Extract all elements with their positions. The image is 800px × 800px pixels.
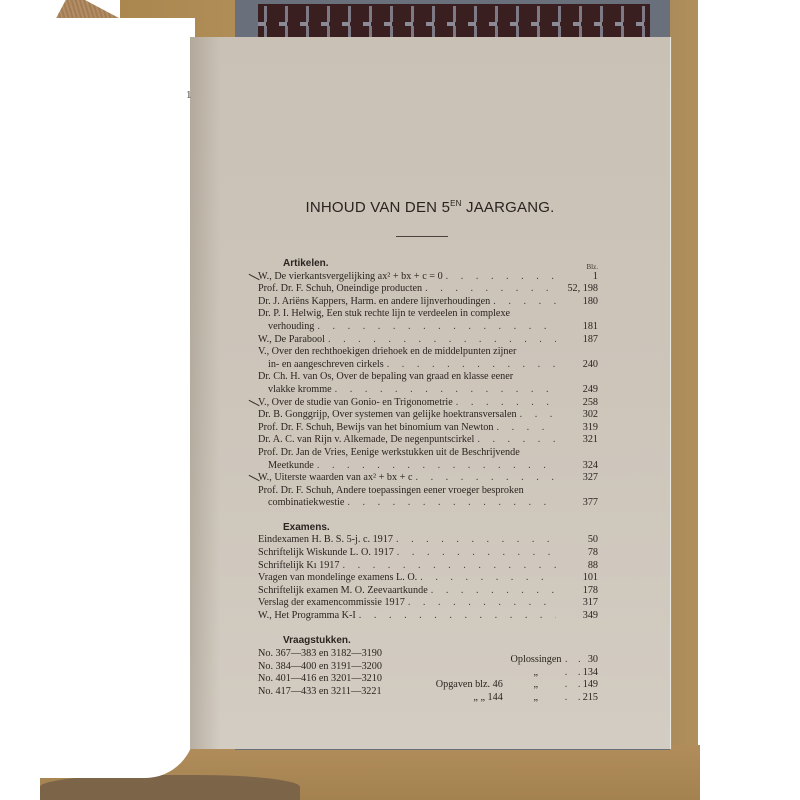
- range-text: No. 367—383 en 3182—3190: [258, 648, 408, 661]
- dot-leader: . .: [565, 679, 583, 692]
- dot-leader: [493, 422, 556, 435]
- dot-leader: [453, 397, 556, 410]
- toc-entry-line: W., Uiterste waarden van ax² + bx + c327: [258, 472, 598, 485]
- dot-leader: [443, 271, 556, 284]
- book-shadow: [40, 775, 300, 800]
- opgaven-ref: Opgaven blz. 46: [408, 679, 507, 692]
- entry-text: Dr. Ch. H. van Os, Over de bepaling van …: [258, 371, 513, 384]
- entry-page-number: 149: [583, 679, 598, 692]
- entry-text: Dr. J. Ariëns Kappers, Harm. en andere l…: [258, 296, 490, 309]
- opgaven-ref: [408, 667, 507, 680]
- flyleaf-page: [0, 18, 195, 778]
- vraagstukken-table: No. 367—383 en 3182—3190No. 384—400 en 3…: [258, 648, 598, 698]
- dot-leader: [394, 547, 556, 560]
- opgaven-ref: „ „ 144: [408, 692, 507, 705]
- title-divider: [396, 236, 448, 237]
- entry-page-number: 52, 198: [556, 283, 598, 296]
- entry-text: Dr. B. Gonggrijp, Over systemen van geli…: [258, 409, 517, 422]
- entry-page-number: 302: [556, 409, 598, 422]
- entry-text: W., De Parabool: [258, 334, 325, 347]
- entry-page-number: 50: [556, 534, 598, 547]
- toc-entry-line: Prof. Dr. F. Schuh, Andere toepassingen …: [258, 485, 598, 498]
- entry-page-number: 88: [556, 560, 598, 573]
- dot-leader: [474, 434, 556, 447]
- dot-leader: [314, 321, 556, 334]
- entry-page-number: 101: [556, 572, 598, 585]
- toc-entry-line: Dr. P. I. Helwig, Een stuk rechte lijn t…: [258, 308, 598, 321]
- gutter-shadow: [190, 37, 220, 749]
- entry-text: Prof. Dr. F. Schuh, Andere toepassingen …: [258, 485, 524, 498]
- toc-entry-line: V., Over de studie van Gonio- en Trigono…: [258, 397, 598, 410]
- toc-entry-line: verhouding181: [258, 321, 598, 334]
- entry-page-number: 317: [556, 597, 598, 610]
- dot-leader: [412, 472, 556, 485]
- entry-text: verhouding: [258, 321, 314, 334]
- dot-leader: . .: [565, 667, 583, 680]
- entry-page-number: 134: [583, 667, 598, 680]
- dot-leader: [428, 585, 556, 598]
- toc-entry-line: V., Over den rechthoekigen driehoek en d…: [258, 346, 598, 359]
- dot-leader: [384, 359, 556, 372]
- entry-text: Vragen van mondelinge examens L. O.: [258, 572, 417, 585]
- dot-leader: . .: [565, 654, 583, 667]
- page-title: INHOUD VAN DEN 5EN JAARGANG.: [190, 199, 670, 216]
- entry-text: combinatiekwestie: [258, 497, 344, 510]
- toc-entry-line: Dr. Ch. H. van Os, Over de bepaling van …: [258, 371, 598, 384]
- entry-text: Meetkunde: [258, 460, 314, 473]
- entry-text: Schriftelijk Kı 1917: [258, 560, 340, 573]
- toc-entry-line: Schriftelijk Wiskunde L. O. 191778: [258, 547, 598, 560]
- vraagstuk-reference: „ „ 144„. .215: [408, 692, 598, 705]
- entry-text: W., De vierkantsvergelijking ax² + bx + …: [258, 271, 443, 284]
- oplossingen-ref: Oplossingen: [507, 654, 565, 667]
- section-heading-vraagstukken: Vraagstukken.: [258, 635, 598, 648]
- toc-entry-line: Dr. B. Gonggrijp, Over systemen van geli…: [258, 409, 598, 422]
- dot-leader: [405, 597, 556, 610]
- entry-text: Dr. P. I. Helwig, Een stuk rechte lijn t…: [258, 308, 510, 321]
- stray-mark: 1: [186, 89, 192, 101]
- vraagstuk-reference: Oplossingen. .30: [408, 654, 598, 667]
- entry-page-number: 327: [556, 472, 598, 485]
- toc-entry-line: Eindexamen H. B. S. 5-j. c. 191750: [258, 534, 598, 547]
- toc-entry-line: Prof. Dr. F. Schuh, Oneindige producten5…: [258, 283, 598, 296]
- table-of-contents: Artikelen. Blz. W., De vierkantsvergelij…: [258, 256, 598, 699]
- range-text: No. 384—400 en 3191—3200: [258, 661, 408, 674]
- entry-text: Schriftelijk examen M. O. Zeevaartkunde: [258, 585, 428, 598]
- entry-page-number: 240: [556, 359, 598, 372]
- entry-page-number: 319: [556, 422, 598, 435]
- toc-entry-line: Prof. Dr. Jan de Vries, Eenige werkstukk…: [258, 447, 598, 460]
- dot-leader: [340, 560, 557, 573]
- dot-leader: [417, 572, 556, 585]
- examens-list: Eindexamen H. B. S. 5-j. c. 191750Schrif…: [258, 534, 598, 622]
- entry-text: Verslag der examencommissie 1917: [258, 597, 405, 610]
- toc-entry-line: Prof. Dr. F. Schuh, Bewijs van het binom…: [258, 422, 598, 435]
- entry-text: Schriftelijk Wiskunde L. O. 1917: [258, 547, 394, 560]
- toc-entry-line: Verslag der examencommissie 1917317: [258, 597, 598, 610]
- entry-page-number: 349: [556, 610, 598, 623]
- entry-page-number: 258: [556, 397, 598, 410]
- oplossingen-ref: „: [507, 692, 565, 705]
- dot-leader: [490, 296, 556, 309]
- entry-page-number: 187: [556, 334, 598, 347]
- toc-entry-line: W., Het Programma K-I349: [258, 610, 598, 623]
- entry-page-number: 377: [556, 497, 598, 510]
- vraagstuk-reference: „. .134: [408, 667, 598, 680]
- entry-text: in- en aangeschreven cirkels: [258, 359, 384, 372]
- section-heading-artikelen: Artikelen.: [258, 258, 598, 271]
- entry-page-number: 321: [556, 434, 598, 447]
- dot-leader: [422, 283, 556, 296]
- entry-text: Dr. A. C. van Rijn v. Alkemade, De negen…: [258, 434, 474, 447]
- oplossingen-ref: „: [507, 679, 565, 692]
- entry-text: Prof. Dr. F. Schuh, Bewijs van het binom…: [258, 422, 493, 435]
- contents-page: 1 INHOUD VAN DEN 5EN JAARGANG. Artikelen…: [190, 37, 670, 749]
- entry-page-number: 1: [556, 271, 598, 284]
- toc-entry-line: Dr. A. C. van Rijn v. Alkemade, De negen…: [258, 434, 598, 447]
- toc-entry-line: Schriftelijk Kı 191788: [258, 560, 598, 573]
- toc-entry-line: combinatiekwestie377: [258, 497, 598, 510]
- entry-text: V., Over de studie van Gonio- en Trigono…: [258, 397, 453, 410]
- entry-page-number: 181: [556, 321, 598, 334]
- entry-page-number: 30: [583, 654, 598, 667]
- entry-text: W., Het Programma K-I: [258, 610, 356, 623]
- entry-text: vlakke kromme: [258, 384, 332, 397]
- entry-text: V., Over den rechthoekigen driehoek en d…: [258, 346, 516, 359]
- dot-leader: [356, 610, 556, 623]
- section-heading-examens: Examens.: [258, 522, 598, 535]
- toc-entry-line: Vragen van mondelinge examens L. O.101: [258, 572, 598, 585]
- toc-entry-line: W., De vierkantsvergelijking ax² + bx + …: [258, 271, 598, 284]
- vraagstuk-reference: Opgaven blz. 46„. .149: [408, 679, 598, 692]
- toc-entry-line: Dr. J. Ariëns Kappers, Harm. en andere l…: [258, 296, 598, 309]
- vraagstukken-references: Oplossingen. .30„. .134Opgaven blz. 46„.…: [408, 648, 598, 704]
- toc-entry-line: in- en aangeschreven cirkels240: [258, 359, 598, 372]
- dot-leader: . .: [565, 692, 583, 705]
- dot-leader: [325, 334, 556, 347]
- entry-page-number: 324: [556, 460, 598, 473]
- dot-leader: [314, 460, 556, 473]
- dot-leader: [332, 384, 556, 397]
- entry-text: Prof. Dr. F. Schuh, Oneindige producten: [258, 283, 422, 296]
- dot-leader: [517, 409, 556, 422]
- toc-entry-line: vlakke kromme249: [258, 384, 598, 397]
- entry-text: W., Uiterste waarden van ax² + bx + c: [258, 472, 412, 485]
- range-text: No. 417—433 en 3211—3221: [258, 686, 408, 699]
- entry-text: Prof. Dr. Jan de Vries, Eenige werkstukk…: [258, 447, 520, 460]
- entry-page-number: 178: [556, 585, 598, 598]
- artikelen-list: W., De vierkantsvergelijking ax² + bx + …: [258, 271, 598, 510]
- entry-page-number: 180: [556, 296, 598, 309]
- entry-page-number: 78: [556, 547, 598, 560]
- entry-text: Eindexamen H. B. S. 5-j. c. 1917: [258, 534, 393, 547]
- toc-entry-line: W., De Parabool187: [258, 334, 598, 347]
- opgaven-ref: [408, 654, 507, 667]
- dot-leader: [393, 534, 556, 547]
- range-text: No. 401—416 en 3201—3210: [258, 673, 408, 686]
- entry-page-number: 249: [556, 384, 598, 397]
- entry-page-number: 215: [583, 692, 598, 705]
- dot-leader: [344, 497, 556, 510]
- toc-entry-line: Meetkunde324: [258, 460, 598, 473]
- oplossingen-ref: „: [507, 667, 565, 680]
- toc-entry-line: Schriftelijk examen M. O. Zeevaartkunde1…: [258, 585, 598, 598]
